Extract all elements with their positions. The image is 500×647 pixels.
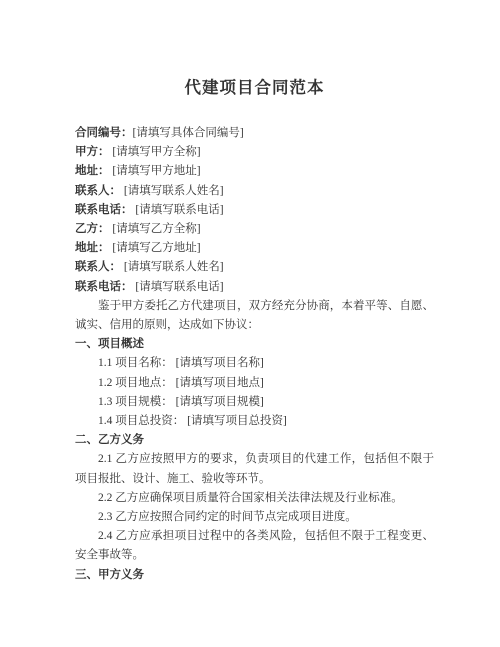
section-heading: 二、乙方义务 bbox=[75, 431, 434, 450]
field-line: 联系人： [请填写联系人姓名] bbox=[75, 258, 434, 277]
clause-paragraph: 2.3 乙方应按照合同约定的时间节点完成项目进度。 bbox=[75, 508, 434, 527]
field-label: 地址： bbox=[75, 242, 110, 254]
field-line: 甲方： [请填写甲方全称] bbox=[75, 143, 434, 162]
document-title: 代建项目合同范本 bbox=[75, 74, 434, 98]
clause-paragraph: 2.1 乙方应按照甲方的要求，负责项目的代建工作，包括但不限于项目报批、设计、施… bbox=[75, 450, 434, 488]
clause-paragraph: 1.3 项目规模： [请填写项目规模] bbox=[75, 393, 434, 412]
field-line: 合同编号：[请填写具体合同编号] bbox=[75, 124, 434, 143]
field-line: 地址： [请填写甲方地址] bbox=[75, 162, 434, 181]
field-value: [请填写具体合同编号] bbox=[133, 127, 244, 139]
field-label: 乙方： bbox=[75, 223, 110, 235]
field-line: 联系人： [请填写联系人姓名] bbox=[75, 182, 434, 201]
field-value: [请填写联系人姓名] bbox=[121, 261, 224, 273]
field-line: 乙方： [请填写乙方全称] bbox=[75, 220, 434, 239]
field-line: 联系电话： [请填写联系电话] bbox=[75, 278, 434, 297]
field-label: 联系人： bbox=[75, 261, 121, 273]
field-label: 联系人： bbox=[75, 185, 121, 197]
clause-paragraph: 1.2 项目地点： [请填写项目地点] bbox=[75, 374, 434, 393]
field-line: 联系电话： [请填写联系电话] bbox=[75, 201, 434, 220]
field-value: [请填写乙方全称] bbox=[110, 223, 201, 235]
field-value: [请填写联系电话] bbox=[133, 281, 224, 293]
field-label: 甲方： bbox=[75, 146, 110, 158]
field-label: 联系电话： bbox=[75, 281, 133, 293]
field-label: 联系电话： bbox=[75, 204, 133, 216]
contract-document-page: 代建项目合同范本 合同编号：[请填写具体合同编号]甲方： [请填写甲方全称]地址… bbox=[0, 0, 500, 647]
field-value: [请填写甲方地址] bbox=[110, 165, 201, 177]
clause-paragraph: 2.4 乙方应承担项目过程中的各类风险，包括但不限于工程变更、安全事故等。 bbox=[75, 527, 434, 565]
field-label: 地址： bbox=[75, 165, 110, 177]
field-value: [请填写甲方全称] bbox=[110, 146, 201, 158]
field-label: 合同编号： bbox=[75, 127, 133, 139]
clause-paragraph: 1.1 项目名称： [请填写项目名称] bbox=[75, 354, 434, 373]
preamble-paragraph: 鉴于甲方委托乙方代建项目，双方经充分协商，本着平等、自愿、诚实、信用的原则，达成… bbox=[75, 297, 434, 335]
section-heading: 三、甲方义务 bbox=[75, 566, 434, 585]
section-heading: 一、项目概述 bbox=[75, 335, 434, 354]
clause-paragraph: 2.2 乙方应确保项目质量符合国家相关法律法规及行业标准。 bbox=[75, 489, 434, 508]
party-info-block: 合同编号：[请填写具体合同编号]甲方： [请填写甲方全称]地址： [请填写甲方地… bbox=[75, 124, 434, 297]
field-value: [请填写联系人姓名] bbox=[121, 185, 224, 197]
clause-paragraph: 1.4 项目总投资： [请填写项目总投资] bbox=[75, 412, 434, 431]
field-value: [请填写乙方地址] bbox=[110, 242, 201, 254]
field-line: 地址： [请填写乙方地址] bbox=[75, 239, 434, 258]
contract-sections-block: 一、项目概述1.1 项目名称： [请填写项目名称]1.2 项目地点： [请填写项… bbox=[75, 335, 434, 585]
field-value: [请填写联系电话] bbox=[133, 204, 224, 216]
